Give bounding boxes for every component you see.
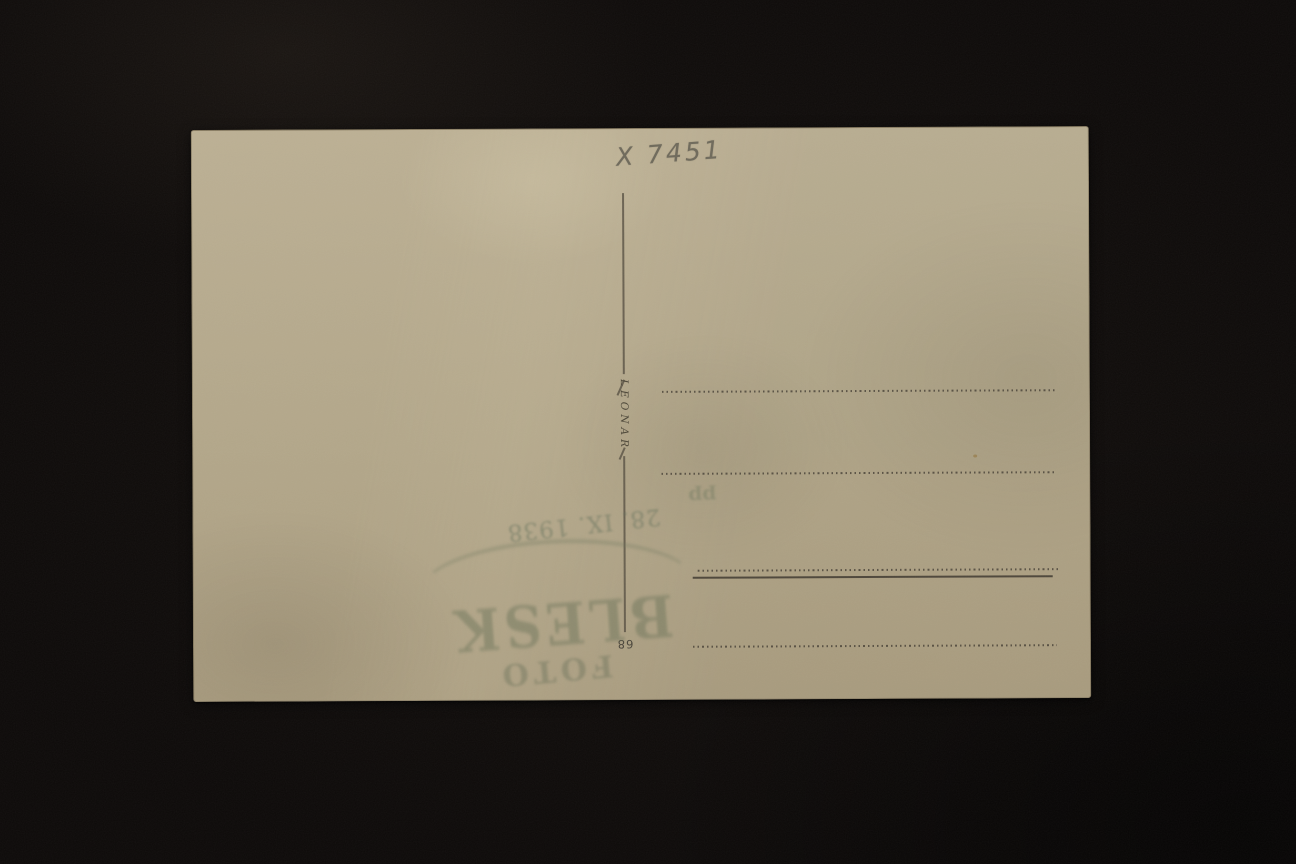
postcard-back: X 7451 LEONAR 68 pp 28. IX. 1938 BLESK F… (191, 126, 1091, 702)
center-divider-line-upper (622, 193, 625, 374)
address-dotted-line-1 (662, 389, 1055, 393)
photo-frame: X 7451 LEONAR 68 pp 28. IX. 1938 BLESK F… (0, 0, 1296, 864)
brand-leonar-text: LEONAR (617, 377, 631, 453)
address-dotted-line-3 (698, 568, 1060, 572)
address-dotted-line-4 (693, 644, 1057, 648)
address-dotted-line-2 (661, 471, 1055, 475)
handwritten-catalog-number: X 7451 (615, 135, 724, 172)
stamp-initials: pp (685, 484, 720, 509)
paper-speck (973, 455, 977, 458)
address-solid-line (693, 575, 1053, 579)
